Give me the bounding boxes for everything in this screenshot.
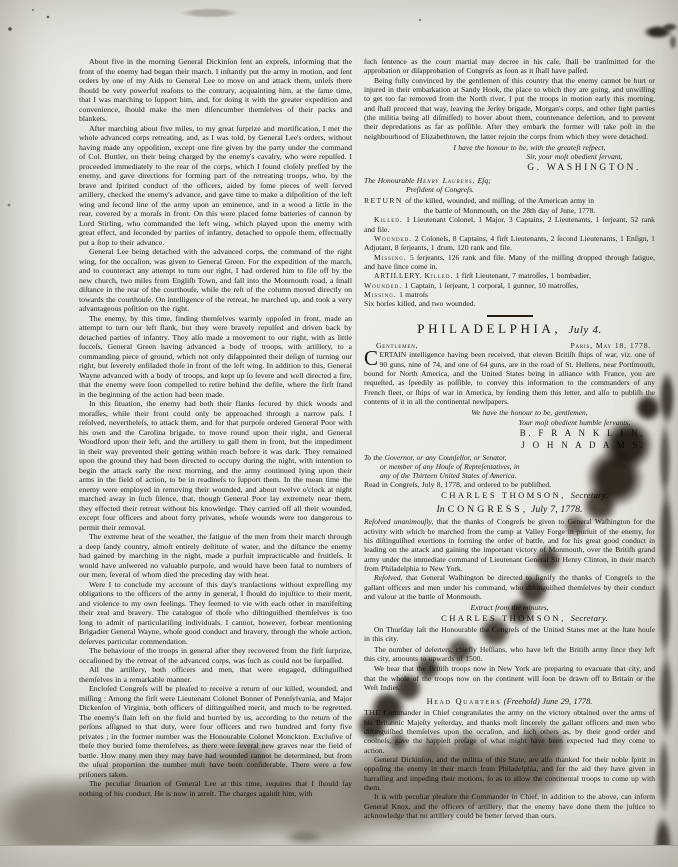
artillery-missing-label: Missing. <box>364 290 397 299</box>
headquarters-dateline: Head Quarters (Freehold) June 29, 1778. <box>364 696 655 707</box>
artillery-label: ARTILLERY. <box>374 271 422 280</box>
resolved-lead: Reſolved, <box>374 573 402 582</box>
paragraph: Encloſed Congreſs will be pleaſed to rec… <box>79 684 352 779</box>
resolution-text: that General Waſhington be directed to ſ… <box>364 573 655 601</box>
in-congress-heading: In CONGRESS, July 7, 1778. <box>364 504 655 516</box>
casualty-text: 5 ſerjeants, 126 rank and file. Many of … <box>364 253 655 271</box>
bottom-crease-strip <box>0 845 678 867</box>
read-in-congress-line: Read in Congreſs, July 8, 1778, and orde… <box>364 480 655 489</box>
secretary-name: CHARLES THOMSON, <box>441 490 566 500</box>
news-item: On Thurſday laſt the Honourable the Cong… <box>364 625 655 644</box>
paragraph: The enemy, by this time, finding themſel… <box>79 314 352 400</box>
secretary-attestation: CHARLES THOMSON, Secretary. <box>364 490 655 501</box>
burn-streak-right-edge <box>652 370 678 867</box>
paris-letter-text: ERTAIN intelligence having been received… <box>364 350 655 406</box>
left-column: About five in the morning General Dickin… <box>79 57 352 798</box>
return-line2: the battle of Monmouth, on the 28th day … <box>364 206 655 215</box>
section-rule <box>487 315 533 317</box>
paragraph-lead: THE <box>364 708 381 717</box>
extract-line: Extract from the minutes, <box>364 603 655 612</box>
news-item: We hear that the Britiſh troops now in N… <box>364 664 655 692</box>
heading-date: July 7, 1778. <box>531 504 582 515</box>
headquarters-location: (Freehold) <box>504 697 540 706</box>
casualty-line: Missing. 5 ſerjeants, 126 rank and file.… <box>364 253 655 272</box>
heading-lead: In <box>437 504 445 515</box>
return-rest: of the killed, wounded, and miſſing, of … <box>403 196 594 205</box>
secretary-title: Secretary. <box>571 490 608 500</box>
casualty-label: Missing. <box>374 253 407 262</box>
closing-line: We have the honour to be, gentlemen, <box>364 408 655 417</box>
heading-word: CONGRESS, <box>448 504 529 515</box>
casualty-label: Killed. <box>374 215 403 224</box>
paragraph: The peculiar ſituation of General Lee at… <box>79 779 352 798</box>
signature-washington: G. WASHINGTON. <box>364 162 655 174</box>
closing-line: Sir, your moſt obedient ſervant, <box>364 152 655 161</box>
general-orders-paragraph: It is with peculiar pleaſure the Command… <box>364 792 655 820</box>
return-label: RETURN <box>364 196 403 205</box>
drop-cap: C <box>364 350 380 368</box>
casualty-label: Wounded. <box>374 234 412 243</box>
paragraph: In this ſituation, the enemy had both th… <box>79 399 352 532</box>
general-orders-paragraph: THE Commander in Chief congratulates the… <box>364 708 655 755</box>
letter-closing: We have the honour to be, gentlemen, You… <box>364 408 655 427</box>
paris-letter-body: CERTAIN intelligence having been receive… <box>364 350 655 406</box>
philadelphia-date: July 4. <box>568 324 601 336</box>
address-line: or member of any Houſe of Repreſentative… <box>364 462 655 471</box>
column-gutter-fold <box>355 40 357 740</box>
salutation: Gentlemen, <box>376 341 418 350</box>
paragraph: ſuch ſentence as the court martial may d… <box>364 57 655 76</box>
philadelphia-city: PHILADELPHIA, <box>417 321 561 336</box>
address-line: any of the Thirteen United States of Ame… <box>364 471 655 480</box>
paragraph: Were I to conclude my account of this da… <box>79 580 352 647</box>
addressee-name: Henry Laurens, <box>417 176 476 185</box>
paragraph: The extreme heat of the weather, the fat… <box>79 532 352 580</box>
addressee: The Honourable Henry Laurens, Eſq;Preſid… <box>364 176 655 195</box>
paragraph: After marching about five miles, to my g… <box>79 124 352 248</box>
artillery-line: Wounded. 1 Captain, 1 ſerjeant, 1 corpor… <box>364 281 655 290</box>
right-column: ſuch ſentence as the court martial may d… <box>364 57 655 820</box>
secretary-attestation: CHARLES THOMSON, Secretary. <box>364 613 655 624</box>
headquarters-place: Head Quarters <box>427 697 502 706</box>
paragraph: General Lee being detached with the adva… <box>79 247 352 314</box>
resolution: Reſolved unanimouſly, that the thanks of… <box>364 517 655 573</box>
paragraph: About five in the morning General Dickin… <box>79 57 352 124</box>
secretary-name: CHARLES THOMSON, <box>441 613 566 623</box>
artillery-missing-text: 1 matroſs <box>399 290 428 299</box>
casualty-line: Wounded. 2 Colonels, 8 Captains, 4 firſt… <box>364 234 655 253</box>
news-item: The number of deſerters, chiefly Heſſian… <box>364 645 655 664</box>
closing-line: Your moſt obedient humble ſervants, <box>364 418 655 427</box>
casualty-line: Killed. 1 Lieutenant Colonel, 1 Major, 3… <box>364 215 655 234</box>
address-block: To the Governor, or any Counſellor, or S… <box>364 453 655 480</box>
headquarters-date: June 29, 1778. <box>542 697 592 706</box>
signatures-franklin-adams: B. F R A N K L I N, J O H N A D A M S. <box>364 428 655 451</box>
smudge-bottom-center <box>282 830 326 844</box>
address-line: To the Governor, or any Counſellor, or S… <box>364 453 507 462</box>
paragraph: The behaviour of the troops in general a… <box>79 646 352 665</box>
addressee-pre: The Honourable <box>364 176 417 185</box>
general-orders-paragraph: General Dickinſon, and the militia of th… <box>364 755 655 792</box>
artillery-killed-text: 1 firſt Lieutenant, 7 matroſſes, 1 bomba… <box>456 271 591 280</box>
horses-line: Six horſes killed, and two wounded. <box>364 299 655 308</box>
artillery-wounded-text: 1 Captain, 1 ſerjeant, 1 corporal, 1 gun… <box>405 281 579 290</box>
paragraph: All the artillery, both officers and men… <box>79 665 352 684</box>
addressee-post: Eſq; <box>475 176 490 185</box>
resolution: Reſolved, that General Waſhington be dir… <box>364 573 655 601</box>
philadelphia-dateline: PHILADELPHIA, July 4. <box>364 321 655 338</box>
resolved-lead: Reſolved unanimouſly, <box>364 517 433 526</box>
salutation-row: Gentlemen,Paris, May 18, 1778. <box>364 341 655 350</box>
paragraph: Being fully convinced by the gentlemen o… <box>364 76 655 141</box>
ink-mark-top-right <box>640 18 678 54</box>
newspaper-page: About five in the morning General Dickin… <box>0 0 678 867</box>
paris-dateline: Paris, May 18, 1778. <box>570 341 651 350</box>
secretary-title: Secretary. <box>571 613 608 623</box>
return-heading: RETURN of the killed, wounded, and miſſi… <box>364 196 655 215</box>
artillery-wounded-label: Wounded. <box>364 281 402 290</box>
artillery-killed-label: Killed. <box>425 271 454 280</box>
paragraph-text: Commander in Chief congratulates the arm… <box>364 708 655 754</box>
artillery-line: Missing. 1 matroſs <box>364 290 655 299</box>
addressee-title: Preſident of Congreſs. <box>364 185 655 194</box>
signature-adams: J O H N A D A M S. <box>364 440 645 452</box>
closing-line: I have the honour to be, with the greate… <box>364 143 655 152</box>
signature-franklin: B. F R A N K L I N, <box>364 428 645 440</box>
artillery-line: ARTILLERY. Killed. 1 firſt Lieutenant, 7… <box>364 271 655 280</box>
casualty-text: 1 Lieutenant Colonel, 1 Major, 3 Captain… <box>364 215 655 233</box>
letter-closing: I have the honour to be, with the greate… <box>364 143 655 174</box>
